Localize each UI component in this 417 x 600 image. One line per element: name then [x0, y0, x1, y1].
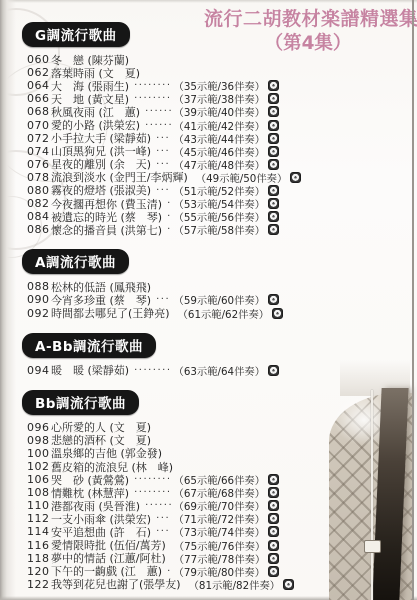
cd-icon	[268, 120, 279, 131]
dotted-leader	[156, 526, 170, 537]
cd-icon	[268, 365, 279, 376]
cd-icon	[268, 474, 279, 485]
dotted-leader	[134, 93, 170, 104]
dotted-leader	[134, 365, 170, 376]
toc-section: A-Bb調流行歌曲 094 暖 暖 (梁靜茹) （63示範/64伴奏）	[27, 333, 279, 377]
dotted-leader	[134, 487, 170, 498]
section-header: A調流行歌曲	[22, 249, 129, 274]
dotted-leader	[156, 513, 170, 524]
page-number: 090	[27, 293, 51, 306]
page-number: 086	[27, 223, 51, 236]
page-number: 064	[27, 79, 51, 92]
page-number: 116	[27, 539, 51, 552]
page-number: 088	[27, 280, 51, 293]
page-number: 062	[27, 66, 51, 79]
page-number: 070	[27, 119, 51, 132]
dotted-leader	[167, 211, 170, 222]
section-header: Bb調流行歌曲	[22, 390, 139, 415]
page-number: 078	[27, 171, 51, 184]
dotted-leader	[156, 133, 170, 144]
page-number: 112	[27, 512, 51, 525]
toc-row: 092 時間都去哪兒了(王錚亮) （61示範/62伴奏）	[27, 307, 279, 320]
section-header: A-Bb調流行歌曲	[22, 333, 156, 358]
page-number: 084	[27, 210, 51, 223]
page-number: 094	[27, 364, 51, 377]
cd-icon	[268, 159, 279, 170]
dotted-leader	[156, 146, 170, 157]
page-number: 106	[27, 473, 51, 486]
song-title: 暖 暖 (梁靜茹)	[51, 362, 129, 378]
erhu-string	[371, 390, 373, 600]
cd-icon	[268, 106, 279, 117]
dotted-leader	[156, 294, 170, 305]
dotted-leader	[156, 159, 170, 170]
song-title: 懷念的播音員 (洪第七)	[51, 222, 162, 238]
page-number: 068	[27, 105, 51, 118]
page-number: 074	[27, 145, 51, 158]
cd-icon	[268, 211, 279, 222]
scanned-page: 流行二胡教材楽譜精選集 （第4集） G調流行歌曲 060 冬 戀 (陳芬蘭) 0…	[0, 0, 417, 600]
cd-icon	[268, 487, 279, 498]
page-edge-left	[0, 0, 16, 600]
song-title: 我等到花兒也謝了(張學友)	[51, 576, 181, 592]
track-info: （57示範/58伴奏）	[174, 222, 265, 237]
cd-icon	[283, 579, 294, 590]
cd-icon	[290, 172, 301, 183]
page-number: 076	[27, 158, 51, 171]
page-number: 122	[27, 578, 51, 591]
page-number: 114	[27, 525, 51, 538]
cd-icon	[268, 185, 279, 196]
page-number: 120	[27, 565, 51, 578]
dotted-leader	[134, 474, 170, 485]
cd-icon	[268, 540, 279, 551]
dotted-leader	[167, 566, 170, 577]
cd-icon	[268, 526, 279, 537]
page-number: 066	[27, 92, 51, 105]
cd-icon	[268, 294, 279, 305]
page-number: 102	[27, 460, 51, 473]
toc-section: Bb調流行歌曲 096 心所愛的人 (文 夏) 098 悲戀的酒杯 (文 夏) …	[27, 390, 279, 591]
toc-section: G調流行歌曲 060 冬 戀 (陳芬蘭) 062 落葉時雨 (文 夏) 064 …	[27, 22, 279, 236]
toc-row: 094 暖 暖 (梁靜茹) （63示範/64伴奏）	[27, 364, 279, 377]
section-items: 060 冬 戀 (陳芬蘭) 062 落葉時雨 (文 夏) 064 大 海 (張雨…	[27, 53, 279, 236]
song-title: 時間都去哪兒了(王錚亮)	[51, 305, 170, 321]
cd-icon	[268, 133, 279, 144]
cd-icon	[268, 93, 279, 104]
erhu-bridge	[364, 540, 381, 553]
track-info: （81示範/82伴奏）	[189, 577, 280, 592]
erhu-snakeskin-drum	[329, 393, 413, 600]
section-items: 088 松林的低語 (鳳飛飛) 090 今宵多珍重 (蔡 琴) （59示範/60…	[27, 280, 279, 319]
toc-row: 122 我等到花兒也謝了(張學友) （81示範/82伴奏）	[27, 578, 279, 591]
page-number: 060	[27, 53, 51, 66]
page-number: 110	[27, 499, 51, 512]
toc: G調流行歌曲 060 冬 戀 (陳芬蘭) 062 落葉時雨 (文 夏) 064 …	[27, 22, 279, 600]
page-edge-right-line	[412, 0, 414, 600]
page-number: 082	[27, 197, 51, 210]
page-number: 118	[27, 552, 51, 565]
cd-icon	[268, 80, 279, 91]
page-number: 096	[27, 421, 51, 434]
dotted-leader	[156, 185, 170, 196]
page-number: 072	[27, 132, 51, 145]
toc-row: 086 懷念的播音員 (洪第七) （57示範/58伴奏）	[27, 223, 279, 236]
cd-icon	[268, 500, 279, 511]
section-header-label: A調流行歌曲	[35, 255, 116, 271]
dotted-leader	[145, 120, 170, 131]
section-header: G調流行歌曲	[22, 22, 130, 47]
erhu-drum-highlight	[334, 395, 394, 445]
dotted-leader	[167, 224, 170, 235]
cd-icon	[268, 146, 279, 157]
page-edge-top	[0, 0, 417, 3]
toc-section: A調流行歌曲 088 松林的低語 (鳳飛飛) 090 今宵多珍重 (蔡 琴) （…	[27, 249, 279, 319]
dotted-leader	[145, 500, 170, 511]
erhu-neck-shadow	[372, 388, 408, 600]
page-number: 092	[27, 307, 51, 320]
section-header-label: G調流行歌曲	[35, 28, 117, 44]
page-number: 100	[27, 447, 51, 460]
page-number: 080	[27, 184, 51, 197]
track-info: （61示範/62伴奏）	[178, 306, 269, 321]
section-header-label: A-Bb調流行歌曲	[35, 339, 143, 355]
cd-icon	[268, 566, 279, 577]
cd-icon	[268, 553, 279, 564]
erhu-photo-fade	[340, 360, 410, 396]
cd-icon	[272, 308, 283, 319]
cd-icon	[268, 513, 279, 524]
dotted-leader	[134, 80, 170, 91]
cd-icon	[268, 224, 279, 235]
dotted-leader	[145, 106, 170, 117]
section-items: 094 暖 暖 (梁靜茹) （63示範/64伴奏）	[27, 364, 279, 377]
cd-icon	[268, 198, 279, 209]
page-number: 098	[27, 434, 51, 447]
page-number: 108	[27, 486, 51, 499]
dotted-leader	[167, 198, 170, 209]
section-header-label: Bb調流行歌曲	[35, 396, 126, 412]
section-items: 096 心所愛的人 (文 夏) 098 悲戀的酒杯 (文 夏) 100 溫泉鄉的…	[27, 421, 279, 591]
track-info: （63示範/64伴奏）	[174, 363, 265, 378]
